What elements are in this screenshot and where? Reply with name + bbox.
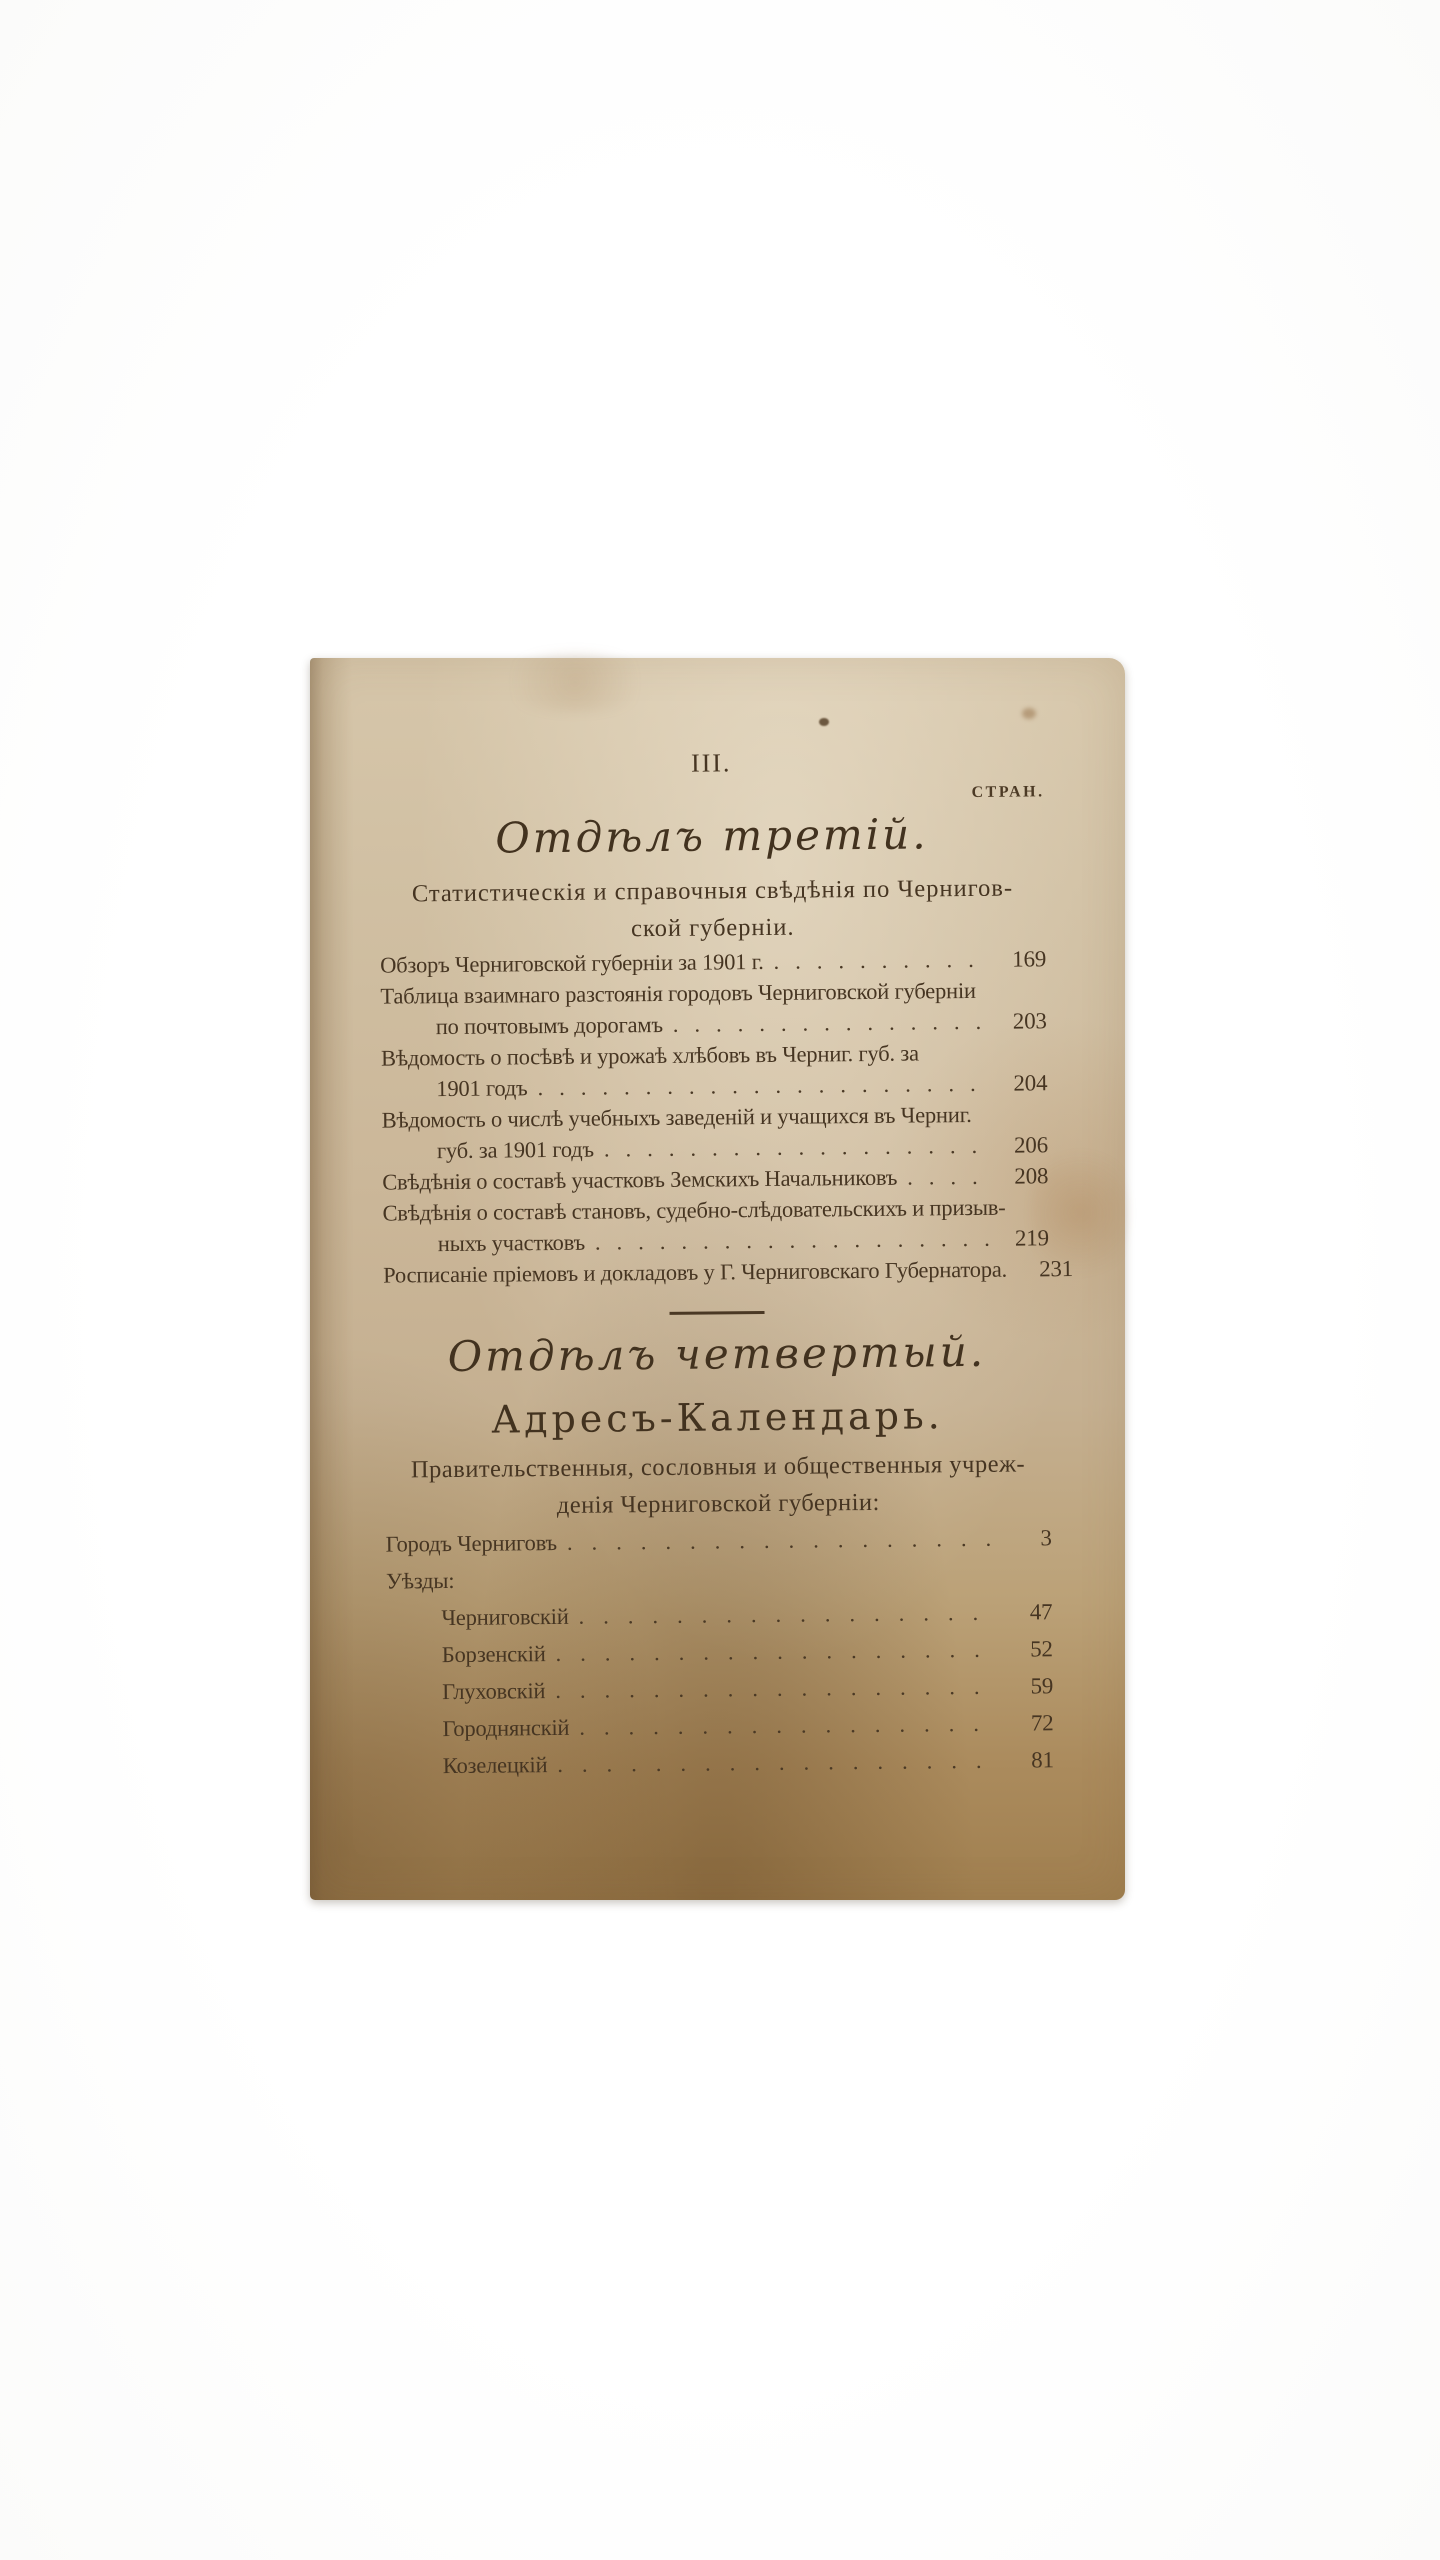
toc-row: Черниговскій............................… (386, 1593, 1052, 1636)
toc-entry-title: Козелецкій (443, 1746, 548, 1784)
section3-subtitle: Статистическія и справочныя свѣдѣнія по … (379, 869, 1046, 949)
dot-leader: ........................................… (557, 1742, 998, 1783)
toc-row: Глуховскій..............................… (387, 1667, 1053, 1710)
section3-subtitle-line2: ской губерніи. (380, 906, 1046, 949)
dot-leader: ........................................… (773, 944, 990, 977)
dot-leader (464, 1583, 996, 1588)
toc-row: Городнянскій............................… (387, 1704, 1053, 1747)
section3-subtitle-line1: Статистическія и справочныя свѣдѣнія по … (379, 869, 1045, 912)
section4-toc: Городъ Черниговъ........................… (386, 1519, 1054, 1784)
toc-entry-title: Городнянскій (442, 1709, 569, 1747)
page-number-roman: III. (378, 745, 1044, 781)
toc-page-number: 204 (995, 1067, 1047, 1098)
toc-row: Городъ Черниговъ........................… (386, 1519, 1052, 1562)
page-column-header: СТРАН. (378, 781, 1044, 809)
toc-page-number: 206 (996, 1129, 1048, 1160)
section4-subheading: Адресъ-Календарь. (384, 1389, 1050, 1445)
toc-page-number: 219 (997, 1222, 1049, 1253)
toc-row: Козелецкій..............................… (388, 1741, 1054, 1784)
section4-subtitle: Правительственныя, сословныя и обществен… (385, 1445, 1052, 1525)
toc-row: по почтовымъ дорогамъ...................… (381, 1005, 1047, 1042)
toc-page-number: 59 (1001, 1667, 1053, 1704)
dot-leader: ........................................… (604, 1130, 992, 1165)
dot-leader: ........................................… (537, 1068, 991, 1103)
dot-leader: ........................................… (579, 1705, 998, 1746)
toc-entry-title: Глуховскій (442, 1672, 545, 1710)
dot-leader: ........................................… (595, 1223, 993, 1258)
toc-page-number: 208 (996, 1160, 1048, 1191)
dot-leader: ........................................… (567, 1520, 996, 1561)
page-content: III. СТРАН. Отдѣлъ третій. Статистическі… (305, 653, 1132, 1903)
toc-entry-title: Свѣдѣнія о составѣ участковъ Земскихъ На… (382, 1162, 897, 1198)
toc-entry-title: ныхъ участковъ (438, 1227, 585, 1259)
dot-leader: ........................................… (578, 1594, 996, 1635)
dot-leader: ........................................… (555, 1631, 997, 1672)
toc-page-number: 47 (1000, 1593, 1052, 1630)
toc-entry-title: Уѣзды: (386, 1562, 455, 1600)
dot-leader: ........................................… (673, 1006, 991, 1040)
toc-page-number: 52 (1001, 1630, 1053, 1667)
photo-background: III. СТРАН. Отдѣлъ третій. Статистическі… (0, 0, 1440, 2560)
section4-subtitle-line2: денія Черниговской губерніи: (385, 1482, 1051, 1525)
section-divider (669, 1311, 764, 1315)
dot-leader: ........................................… (555, 1668, 997, 1709)
section4-heading: Отдѣлъ четвертый. (384, 1325, 1050, 1383)
toc-entry-title: губ. за 1901 годъ (437, 1134, 594, 1167)
toc-page-number: 169 (994, 943, 1046, 974)
toc-entry-title: Росписаніе пріемовъ и докладовъ у Г. Чер… (383, 1254, 1007, 1291)
toc-row: Уѣзды: (386, 1556, 1052, 1599)
toc-page-number: 231 (1021, 1253, 1073, 1284)
toc-row: Росписаніе пріемовъ и докладовъ у Г. Чер… (383, 1253, 1049, 1290)
toc-page-number: 72 (1001, 1704, 1053, 1741)
toc-entry-title: 1901 годъ (436, 1072, 527, 1104)
toc-entry-title: по почтовымъ дорогамъ (436, 1009, 663, 1042)
section4-subtitle-line1: Правительственныя, сословныя и обществен… (385, 1445, 1051, 1488)
toc-entry-title: Обзоръ Черниговской губерніи за 1901 г. (380, 946, 764, 981)
toc-page-number: 81 (1002, 1741, 1054, 1778)
toc-entry-title: Вѣдомость о посѣвѣ и урожаѣ хлѣбовъ въ Ч… (381, 1037, 919, 1073)
toc-entry-title: Борзенскій (442, 1635, 546, 1673)
book-page: III. СТРАН. Отдѣлъ третій. Статистическі… (310, 658, 1125, 1900)
toc-entry-title: Черниговскій (441, 1598, 569, 1636)
toc-row: Борзенскій..............................… (387, 1630, 1053, 1673)
section3-toc: Обзоръ Черниговской губерніи за 1901 г..… (380, 943, 1049, 1290)
section3-heading: Отдѣлъ третій. (379, 807, 1045, 865)
toc-page-number: 203 (995, 1005, 1047, 1036)
dot-leader (929, 1060, 991, 1061)
toc-page-number: 3 (1000, 1519, 1052, 1556)
toc-entry-title: Городъ Черниговъ (386, 1524, 558, 1563)
dot-leader: ........................................… (907, 1161, 992, 1193)
